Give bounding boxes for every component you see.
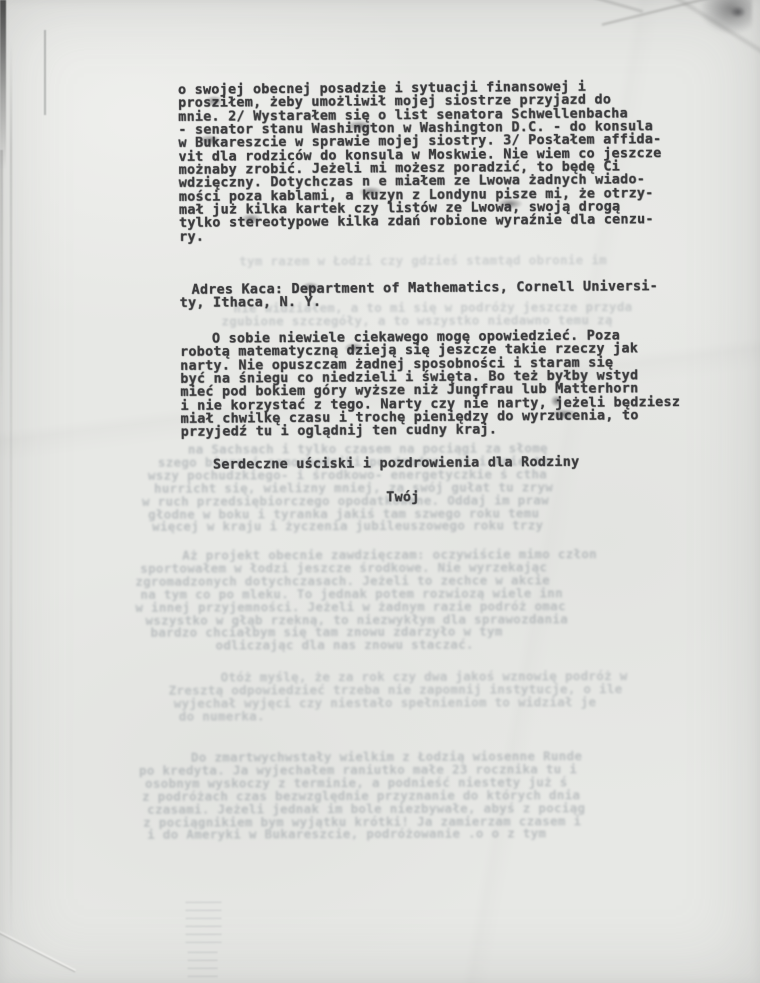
ink-overstrike-smudge [550,395,562,407]
ink-overstrike-smudge [359,186,383,197]
ink-overstrike-smudge [241,213,261,224]
letter-paragraph-2: O sobie niewiele ciekawego mogę opowiedz… [180,329,680,440]
letter-paragraph-address: Adres Kaca: Department of Mathematics, C… [180,280,659,310]
letter-scan-page: tym razem w Łodzi czy gdzieś stamtąd obr… [0,0,760,983]
ink-overstrike-smudge [198,135,220,146]
letter-closing-line: Serdeczne uściski i pozdrowienia dla Rod… [213,456,580,472]
ink-overstrike-smudge [497,198,523,209]
text-line: przyjedź tu i oglądnij ten cudny kraj. [181,422,681,439]
ink-overstrike-smudge [344,342,364,353]
ink-overstrike-smudge [302,282,320,293]
text-line: ty, Ithaca, N. Y. [180,293,658,310]
letter-signature: Twój [386,491,419,505]
letter-text-layer: o swojej obecnej posadzie i sytuacji fin… [0,0,760,983]
ink-overstrike-smudge [550,409,578,420]
ink-overstrike-smudge [205,96,223,107]
ink-overstrike-smudge [346,120,372,131]
